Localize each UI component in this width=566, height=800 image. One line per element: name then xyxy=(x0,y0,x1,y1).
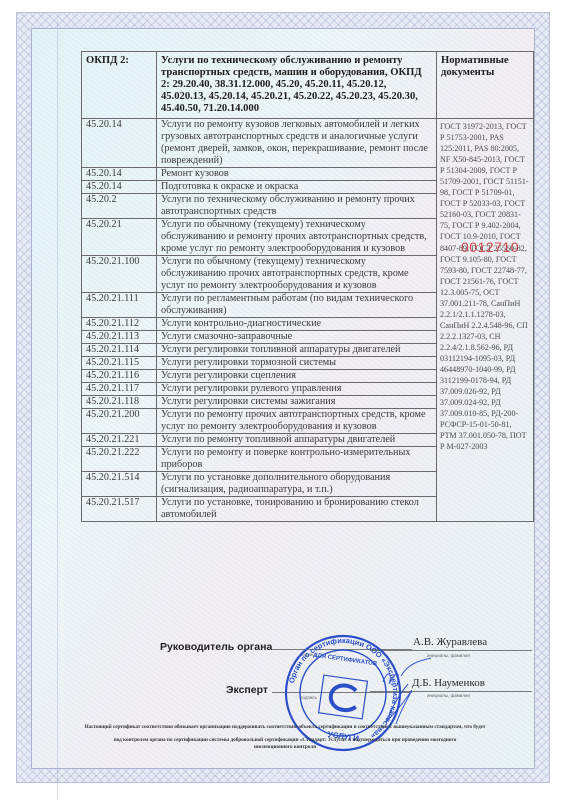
okpd-code-cell: 45.20.14 xyxy=(82,181,157,194)
certification-body-stamp-icon: Орган по сертификации ООО «Экспертиза ка… xyxy=(283,633,403,753)
head-name: А.В. Журавлева xyxy=(413,636,487,648)
okpd-code-cell: 45.20.21.111 xyxy=(82,293,157,318)
table-row: 45.20.14Услуги по ремонту кузовов легков… xyxy=(82,119,534,168)
okpd-code-cell: 45.20.21.114 xyxy=(82,344,157,357)
service-description-cell: Услуги регулировки тормозной системы xyxy=(157,357,437,370)
header-norms-title: Нормативные документы xyxy=(437,52,534,119)
okpd-code-cell: 45.20.21.100 xyxy=(82,256,157,293)
service-description-cell: Услуги контрольно-диагностические xyxy=(157,318,437,331)
okpd-code-cell: 45.20.21.113 xyxy=(82,331,157,344)
registration-number: 0012710 xyxy=(461,239,519,255)
header-code-label: ОКПД 2: xyxy=(82,52,157,119)
okpd-code-cell: 45.20.21.112 xyxy=(82,318,157,331)
service-description-cell: Услуги по установке дополнительного обор… xyxy=(157,472,437,497)
footnote-line-3: инспекционного контроля xyxy=(60,744,510,751)
okpd-code-cell: 45.20.21.117 xyxy=(82,383,157,396)
table-header-row: ОКПД 2: Услуги по техническому обслужива… xyxy=(82,52,534,119)
okpd-code-cell: 45.20.21.115 xyxy=(82,357,157,370)
services-table: ОКПД 2: Услуги по техническому обслужива… xyxy=(81,51,534,522)
okpd-code-cell: 45.20.2 xyxy=(82,194,157,219)
footnote-line-2: под контролем органа по сертификации сис… xyxy=(60,737,510,744)
service-description-cell: Услуги по обычному (текущему) техническо… xyxy=(157,256,437,293)
service-description-cell: Услуги по ремонту и поверке контрольно-и… xyxy=(157,447,437,472)
expert-label: Эксперт xyxy=(226,684,268,696)
okpd-code-cell: 45.20.21.517 xyxy=(82,497,157,522)
service-description-cell: Услуги по ремонту топливной аппаратуры д… xyxy=(157,434,437,447)
normative-documents-cell: ГОСТ 31972-2013, ГОСТ Р 51753-2001, PAS … xyxy=(437,119,534,522)
header-services-title: Услуги по техническому обслуживанию и ре… xyxy=(157,52,437,119)
service-description-cell: Услуги по обычному (текущему) техническо… xyxy=(157,219,437,256)
service-description-cell: Услуги регулировки системы зажигания xyxy=(157,396,437,409)
okpd-code-cell: 45.20.14 xyxy=(82,119,157,168)
okpd-code-cell: 45.20.21.118 xyxy=(82,396,157,409)
service-description-cell: Услуги по регламентным работам (по видам… xyxy=(157,293,437,318)
stamp-top-text: ДЛЯ СЕРТИФИКАТОВ xyxy=(313,653,378,668)
service-description-cell: Услуги по техническому обслуживанию и ре… xyxy=(157,194,437,219)
guide-line xyxy=(57,20,58,800)
service-description-cell: Услуги по ремонту прочих автотранспортны… xyxy=(157,409,437,434)
service-description-cell: Услуги регулировки рулевого управления xyxy=(157,383,437,396)
service-description-cell: Ремонт кузовов xyxy=(157,168,437,181)
okpd-code-cell: 45.20.21.514 xyxy=(82,472,157,497)
okpd-code-cell: 45.20.21.200 xyxy=(82,409,157,434)
service-description-cell: Услуги смазочно-заправочные xyxy=(157,331,437,344)
service-description-cell: Подготовка к окраске и окраска xyxy=(157,181,437,194)
footnote-line-1: Настоящий сертификат соответствия обязыв… xyxy=(60,724,510,731)
okpd-code-cell: 45.20.21 xyxy=(82,219,157,256)
okpd-code-cell: 45.20.21.116 xyxy=(82,370,157,383)
service-description-cell: Услуги регулировки сцепления xyxy=(157,370,437,383)
service-description-cell: Услуги по ремонту кузовов легковых автом… xyxy=(157,119,437,168)
okpd-code-cell: 45.20.21.221 xyxy=(82,434,157,447)
okpd-code-cell: 45.20.21.222 xyxy=(82,447,157,472)
service-description-cell: Услуги по установке, тонированию и брони… xyxy=(157,497,437,522)
service-description-cell: Услуги регулировки топливной аппаратуры … xyxy=(157,344,437,357)
okpd-code-cell: 45.20.14 xyxy=(82,168,157,181)
head-of-body-label: Руководитель органа xyxy=(160,641,272,653)
